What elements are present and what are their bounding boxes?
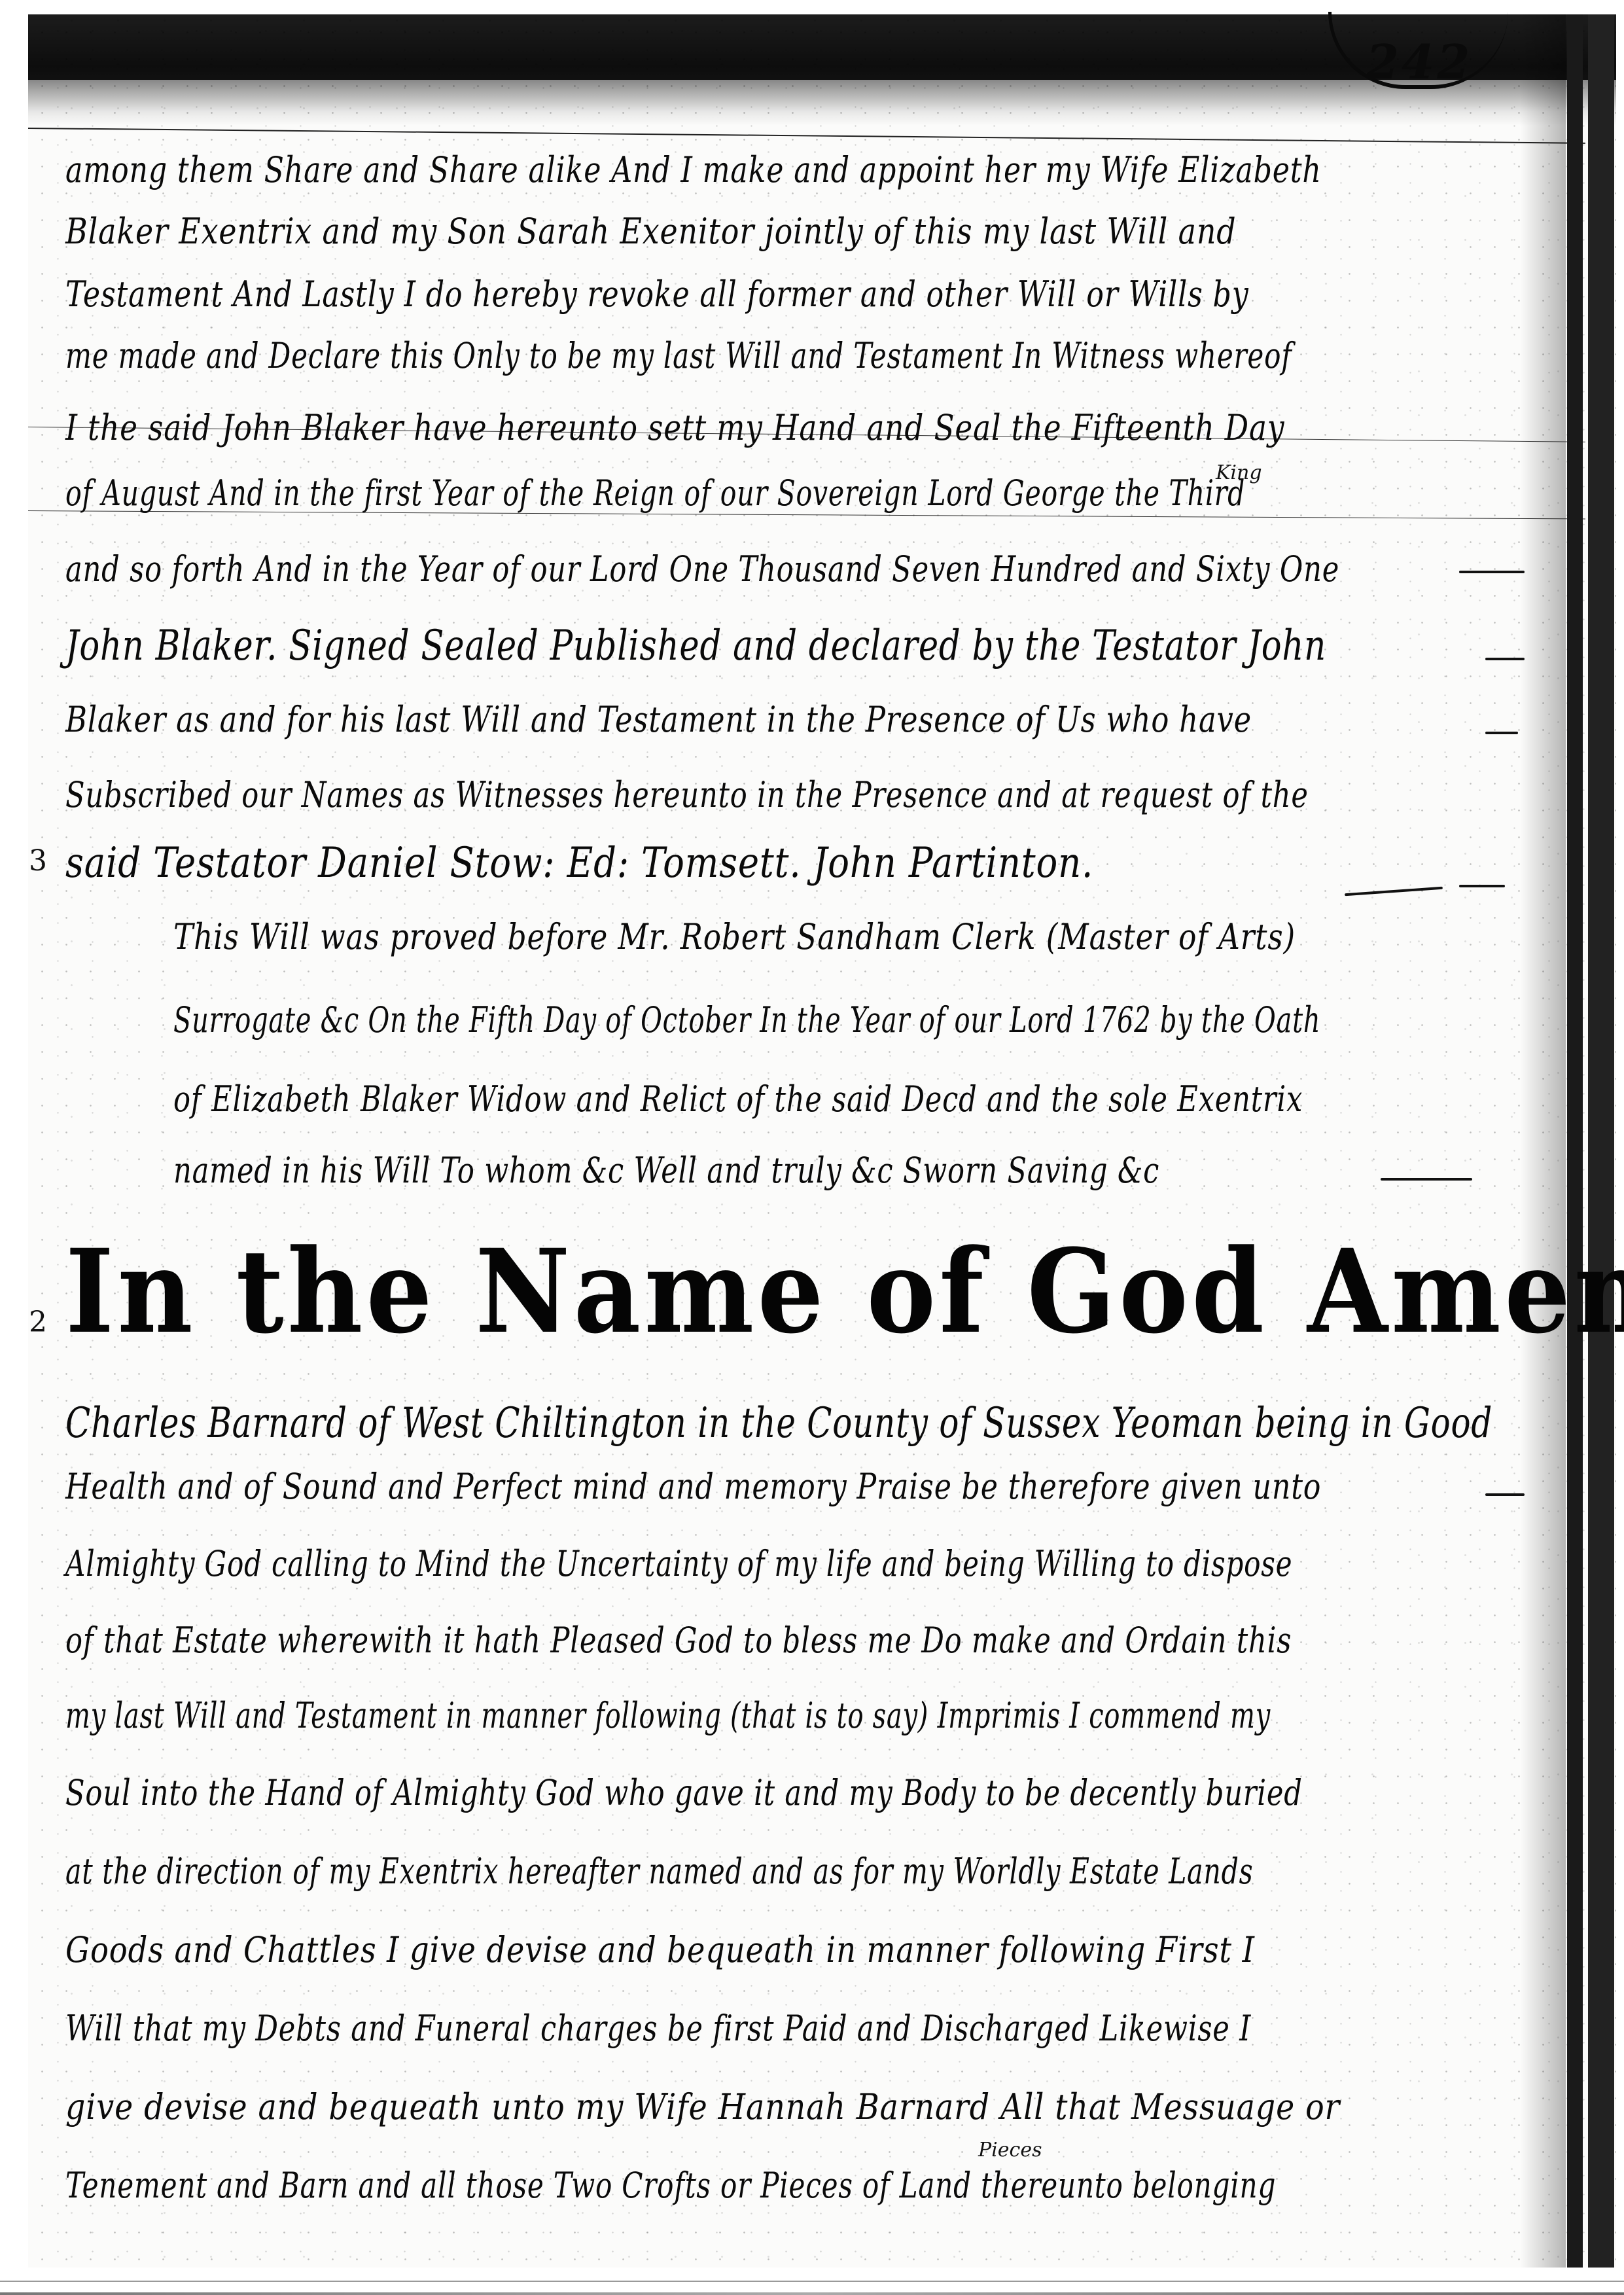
- margin-mark: 2: [29, 1306, 47, 1339]
- ruled-line: [28, 128, 1585, 144]
- probate-line: This Will was proved before Mr. Robert S…: [173, 916, 1296, 957]
- line-filler-dash: [1381, 1178, 1472, 1181]
- probate-line: of Elizabeth Blaker Widow and Relict of …: [173, 1078, 1303, 1120]
- superscript-pieces: Pieces: [978, 2139, 1042, 2162]
- line-filler-dash: [1459, 885, 1505, 887]
- text-line-witnesses: said Testator Daniel Stow: Ed: Tomsett. …: [65, 839, 1093, 887]
- line-filler-dash: [1459, 571, 1525, 573]
- text-line-signature: John Blaker. Signed Sealed Published and…: [65, 622, 1326, 670]
- text-line: Almighty God calling to Mind the Uncerta…: [65, 1543, 1292, 1584]
- text-line: I the said John Blaker have hereunto set…: [65, 407, 1284, 448]
- text-line: Blaker as and for his last Will and Test…: [65, 699, 1252, 740]
- text-line: Tenement and Barn and all those Two Crof…: [65, 2165, 1276, 2206]
- text-line: Health and of Sound and Perfect mind and…: [65, 1466, 1321, 1507]
- probate-line: Surrogate &c On the Fifth Day of October…: [173, 999, 1320, 1041]
- margin-mark: 3: [29, 844, 47, 878]
- text-line: of that Estate wherewith it hath Pleased…: [65, 1620, 1292, 1661]
- line-filler-dash: [1485, 1493, 1525, 1496]
- text-line: Will that my Debts and Funeral charges b…: [65, 2008, 1251, 2049]
- text-line: my last Will and Testament in manner fol…: [65, 1695, 1271, 1736]
- text-line: Subscribed our Names as Witnesses hereun…: [65, 774, 1309, 815]
- text-line: and so forth And in the Year of our Lord…: [65, 548, 1339, 590]
- scan-bottom-edge: [0, 2281, 1624, 2282]
- line-filler-dash: [1485, 658, 1525, 660]
- page-number: 242: [1366, 34, 1472, 90]
- text-line: me made and Declare this Only to be my l…: [65, 335, 1292, 376]
- text-line: Soul into the Hand of Almighty God who g…: [65, 1772, 1303, 1813]
- text-line: Goods and Chattles I give devise and beq…: [65, 1929, 1255, 1970]
- text-line: Testament And Lastly I do hereby revoke …: [65, 274, 1249, 315]
- text-line: Charles Barnard of West Chiltington in t…: [65, 1399, 1492, 1448]
- probate-line: named in his Will To whom &c Well and tr…: [173, 1150, 1159, 1191]
- text-line: Blaker Exentrix and my Son Sarah Exenito…: [65, 211, 1236, 252]
- text-line: at the direction of my Exentrix hereafte…: [65, 1851, 1253, 1892]
- text-line: among them Share and Share alike And I m…: [65, 149, 1322, 190]
- will-heading: In the Name of God Amen I: [65, 1224, 1624, 1359]
- right-edge-shadow: [1520, 14, 1566, 2268]
- right-binding-border: [1588, 14, 1614, 2268]
- scan-bottom-bar: [0, 2292, 1624, 2295]
- text-line: give devise and bequeath unto my Wife Ha…: [65, 2086, 1340, 2127]
- line-filler-dash: [1485, 732, 1518, 734]
- right-binding-border: [1567, 14, 1583, 2268]
- text-line: of August And in the first Year of the R…: [65, 472, 1245, 514]
